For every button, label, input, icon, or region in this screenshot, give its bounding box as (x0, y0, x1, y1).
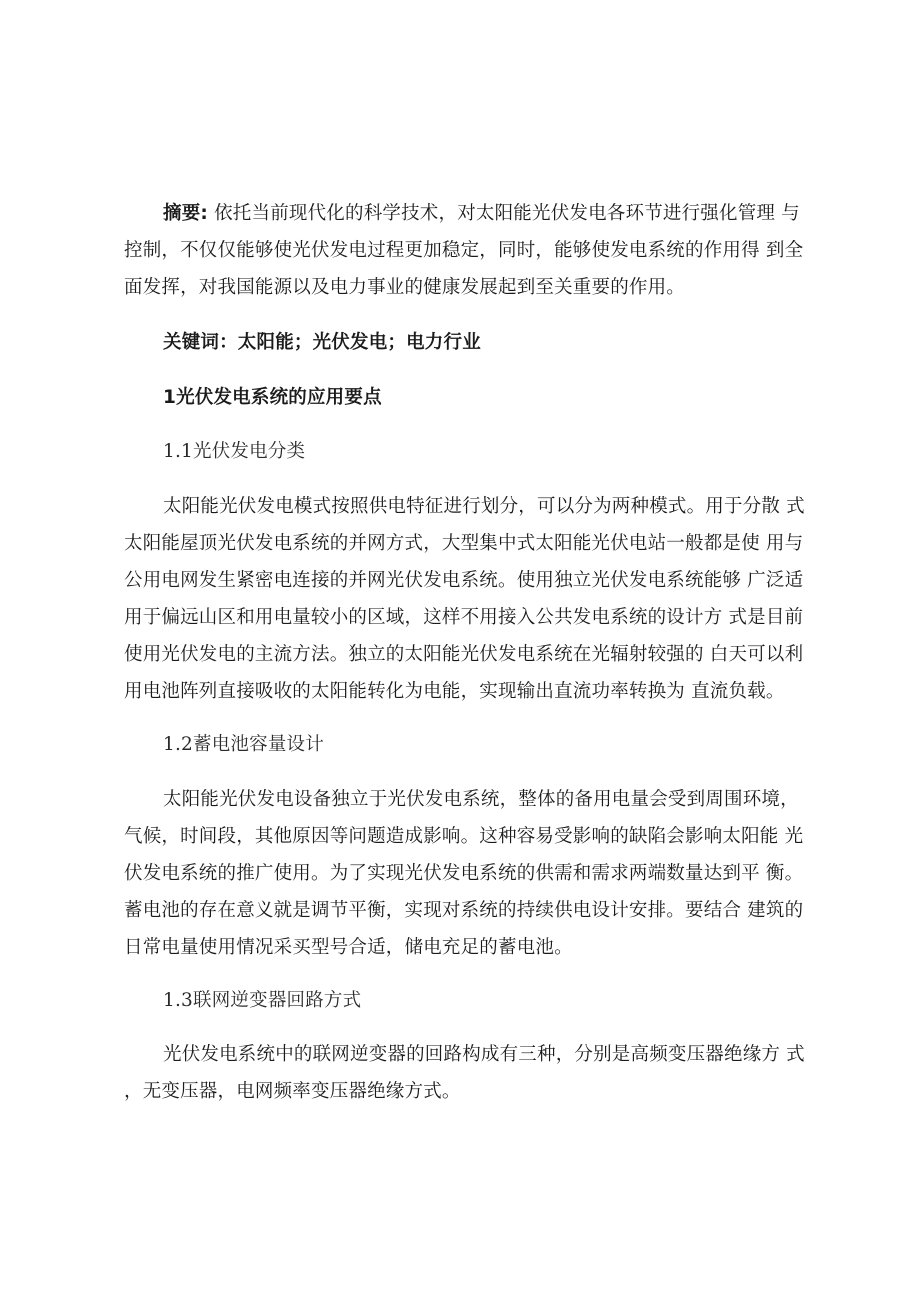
paragraph-line: 日常电量使用情况采买型号合适，储电充足的蓄电池。 (124, 937, 804, 959)
subsection-heading-1-3: 1.3联网逆变器回路方式 (163, 990, 843, 1012)
paragraph-line: 使用光伏发电的主流方法。独立的太阳能光伏发电系统在光辐射较强的 白天可以利 (124, 644, 804, 666)
keywords: 关键词：太阳能；光伏发电；电力行业 (163, 332, 843, 354)
paragraph-line: 太阳能光伏发电模式按照供电特征进行划分，可以分为两种模式。用于分散 式 (163, 496, 843, 518)
abstract-line-1: 摘要: 依托当前现代化的科学技术，对太阳能光伏发电各环节进行强化管理 与 (163, 203, 843, 225)
abstract-line-3: 面发挥，对我国能源以及电力事业的健康发展起到至关重要的作用。 (124, 277, 804, 299)
paragraph-line: 太阳能屋顶光伏发电系统的并网方式，大型集中式太阳能光伏电站一般都是使 用与 (124, 533, 804, 555)
abstract-line-2: 控制，不仅仅能够使光伏发电过程更加稳定，同时，能够使发电系统的作用得 到全 (124, 240, 804, 262)
section-heading-1: 1光伏发电系统的应用要点 (163, 387, 843, 409)
paragraph-line: 伏发电系统的推广使用。为了实现光伏发电系统的供需和需求两端数量达到平 衡。 (124, 863, 804, 885)
paragraph-line: 蓄电池的存在意义就是调节平衡，实现对系统的持续供电设计安排。要结合 建筑的 (124, 900, 804, 922)
subsection-heading-1-2: 1.2蓄电池容量设计 (163, 734, 843, 756)
paragraph-line: 光伏发电系统中的联网逆变器的回路构成有三种，分别是高频变压器绝缘方 式 (163, 1044, 843, 1066)
subsection-heading-1-1: 1.1光伏发电分类 (163, 441, 843, 463)
abstract-label: 摘要: (163, 203, 208, 224)
paragraph-line: 用于偏远山区和用电量较小的区域，这样不用接入公共发电系统的设计方 式是目前 (124, 607, 804, 629)
paragraph-line: 气候，时间段，其他原因等问题造成影响。这种容易受影响的缺陷会影响太阳能 光 (124, 826, 804, 848)
paragraph-line: 太阳能光伏发电设备独立于光伏发电系统，整体的备用电量会受到周围环境， (163, 789, 843, 811)
paragraph-line: 用电池阵列直接吸收的太阳能转化为电能，实现输出直流功率转换为 直流负载。 (124, 681, 804, 703)
abstract-text: 依托当前现代化的科学技术，对太阳能光伏发电各环节进行强化管理 与 (214, 203, 800, 224)
paragraph-line: 公用电网发生紧密电连接的并网光伏发电系统。使用独立光伏发电系统能够 广泛适 (124, 570, 804, 592)
paragraph-line: ，无变压器，电网频率变压器绝缘方式。 (124, 1081, 804, 1103)
